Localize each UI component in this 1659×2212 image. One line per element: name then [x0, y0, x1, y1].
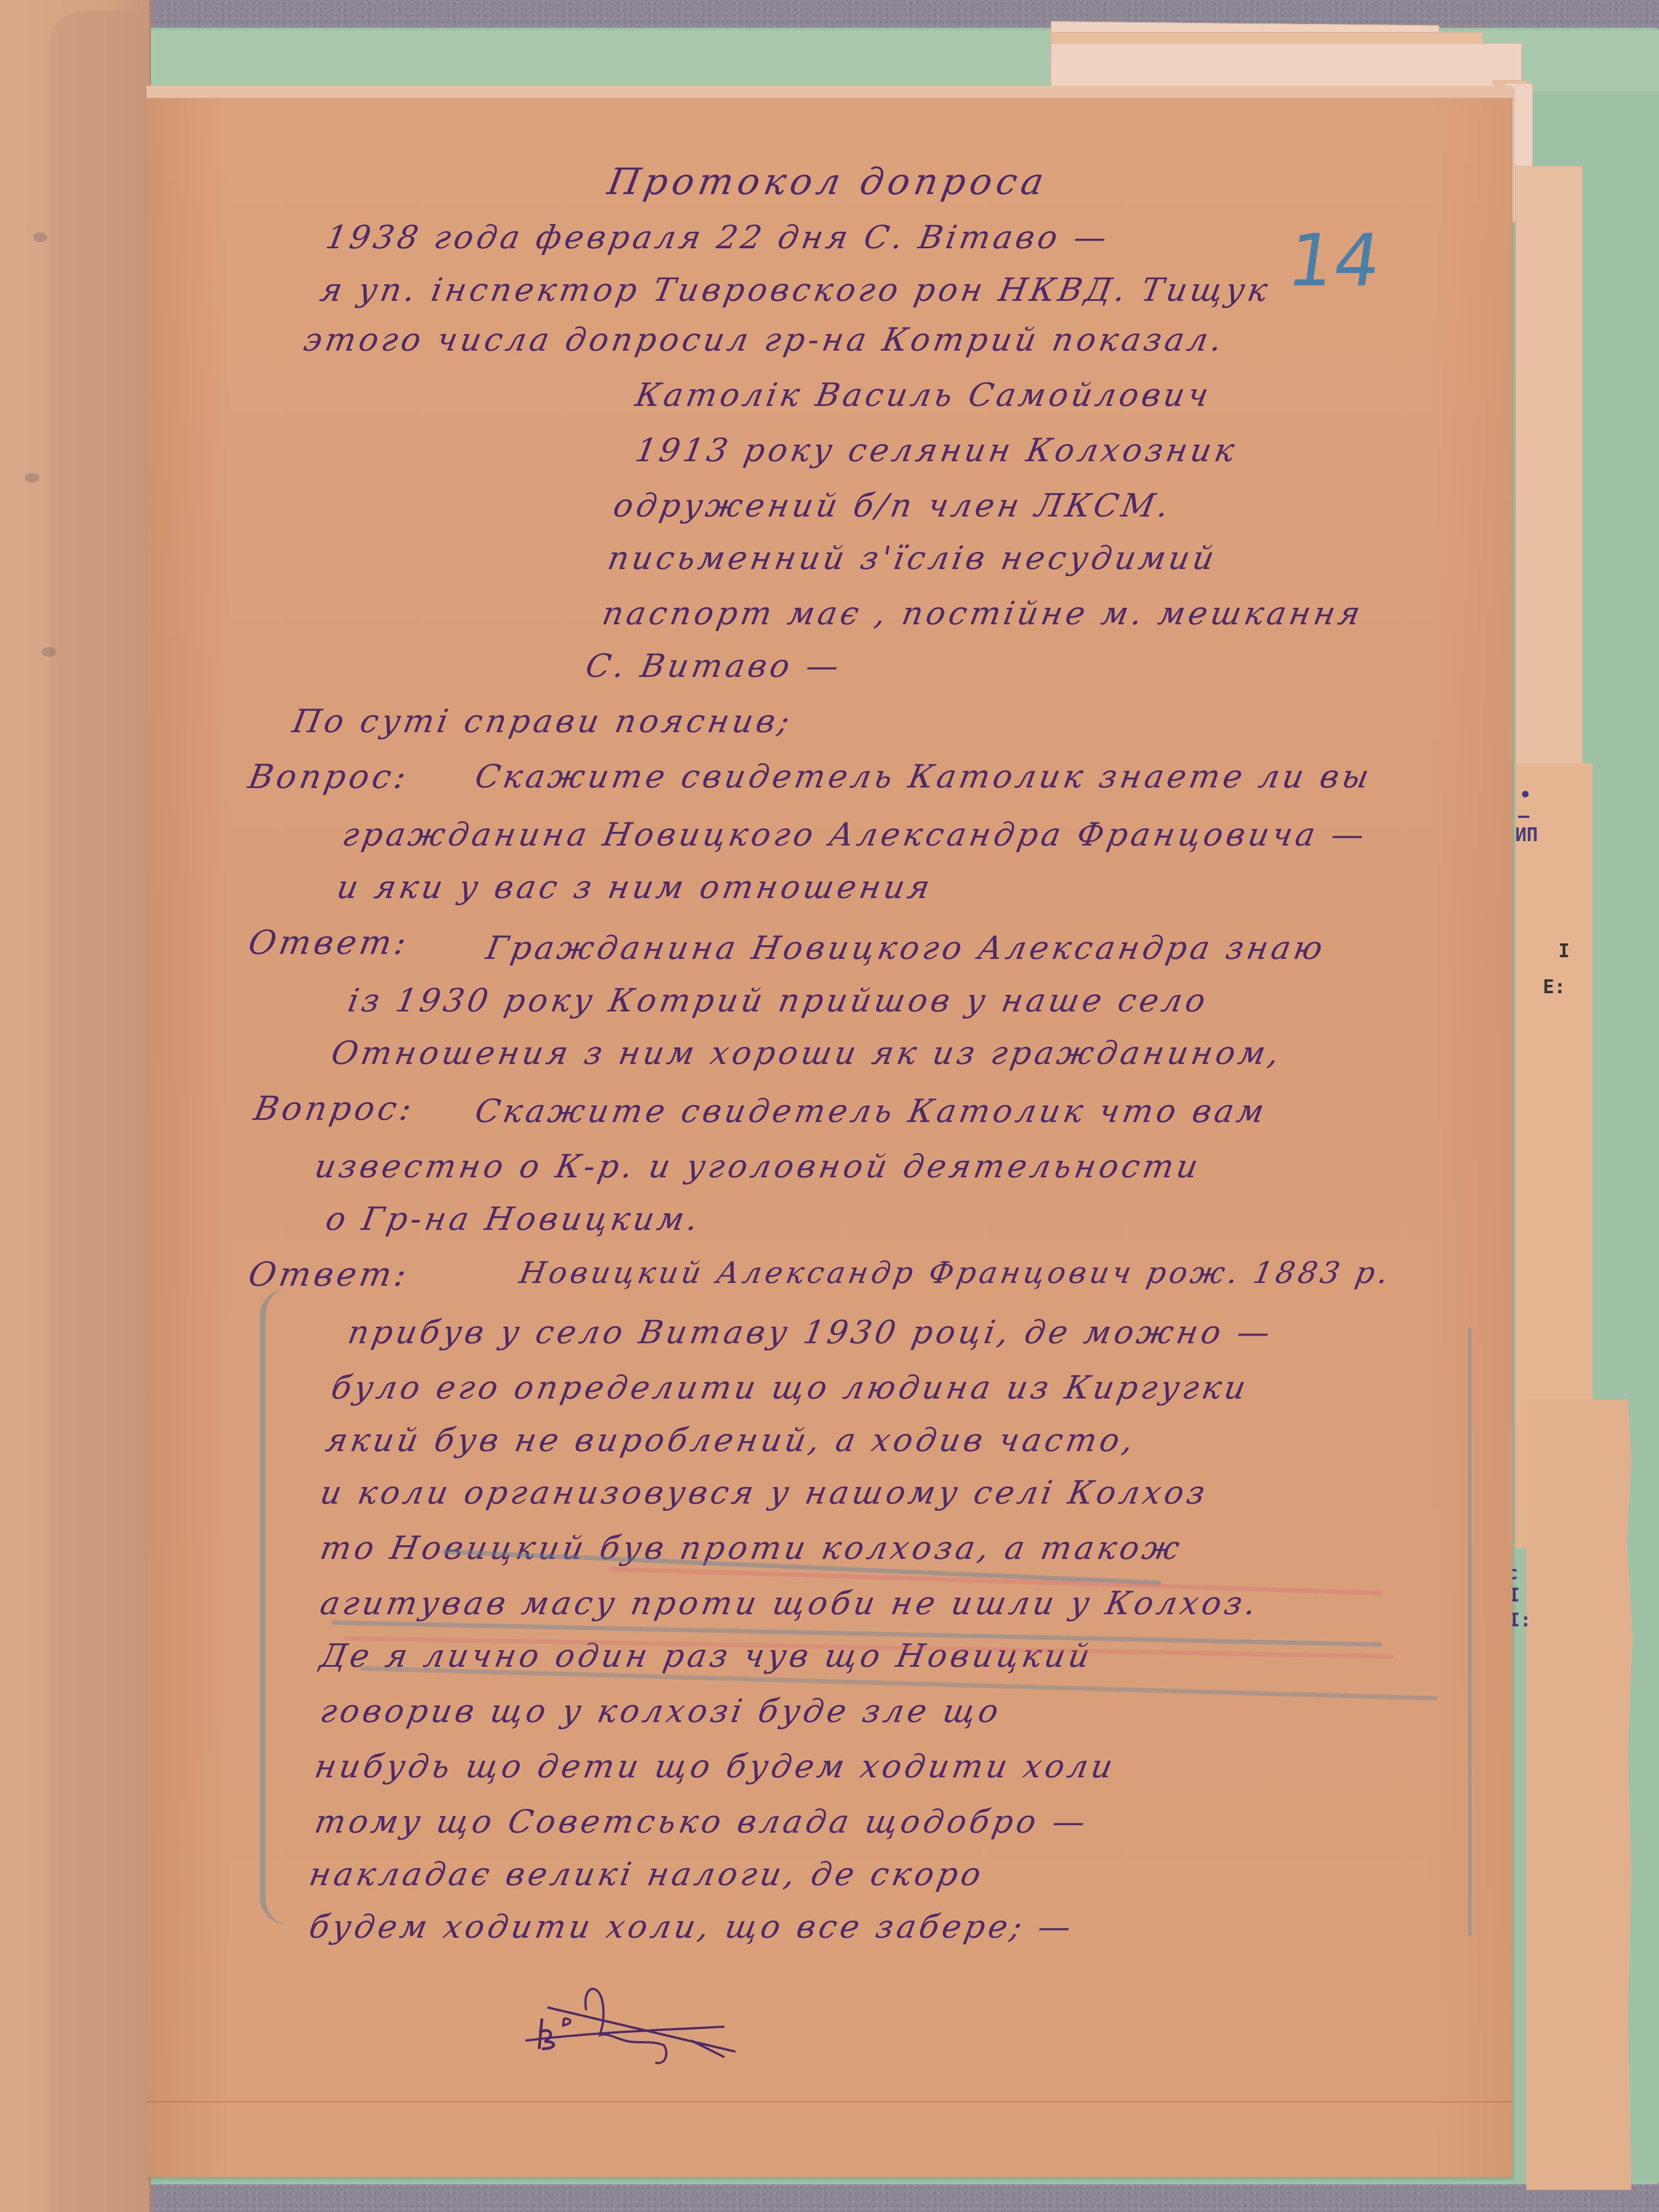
left-page-edge	[50, 11, 147, 2212]
answer-label: Ответ:	[246, 1255, 413, 1294]
witness-village: С. Витаво —	[583, 647, 845, 685]
typed-fragment: Е:	[1543, 976, 1566, 998]
question-line: о Гр-на Новицким.	[323, 1200, 704, 1238]
answer-line: нибудь що дети що будем ходити холи	[312, 1747, 1119, 1785]
typed-fragment: ИП	[1515, 824, 1538, 846]
question-line: и яки у вас з ним отношения	[334, 868, 936, 906]
answer-line: агитував масу проти щоби не ишли у Колхо…	[317, 1584, 1262, 1622]
header-line: я уп. інспектор Тивровского рон НКВД. Ти…	[317, 271, 1274, 309]
witness-detail: одружений б/п член ЛКСМ.	[611, 487, 1175, 524]
witness-detail: паспорт має , постійне м. мешкання	[599, 594, 1366, 632]
witness-name: Католік Василь Самойлович	[633, 376, 1214, 414]
sheet-fold-line	[147, 2101, 1512, 2103]
folio-number: 14	[1282, 218, 1386, 302]
witness-signature	[525, 1980, 802, 2068]
binding-hole	[25, 473, 39, 483]
witness-detail: 1913 року селянин Колхозник	[633, 431, 1240, 469]
answer-line: и коли организовувся у нашому селі Колхо…	[317, 1474, 1211, 1511]
blue-pencil-margin-line	[1468, 1327, 1472, 1936]
question-label: Вопрос:	[251, 1089, 418, 1128]
underlying-document-lower	[1526, 1399, 1637, 2190]
question-line: Скажите свидетель Католик знаете ли вы	[472, 758, 1375, 795]
question-label: Вопрос:	[246, 758, 413, 796]
answer-line: тому що Советсько влада щодобро —	[312, 1803, 1092, 1840]
answer-line: то Новицкий був проти колхоза, а також	[317, 1529, 1186, 1567]
answer-line: прибув у село Витаву 1930 році, де можно…	[345, 1313, 1276, 1351]
binding-hole	[41, 647, 56, 657]
binding-hole	[33, 232, 48, 242]
answer-line: будем ходити холи, що все забере; —	[306, 1908, 1077, 1945]
answer-line: Новицкий Александр Францович рож. 1883 р…	[517, 1255, 1394, 1290]
answer-line: Отношения з ним хороши як из гражданином…	[328, 1034, 1285, 1072]
header-line: этого числа допросил гр-на Котрий показа…	[301, 321, 1228, 358]
typed-fragment: •	[1520, 784, 1531, 806]
blue-pencil-margin-bracket	[260, 1288, 288, 1924]
witness-detail: письменний з'їслів несудимий	[605, 539, 1220, 577]
intro-line: По суті справи пояснив;	[290, 702, 796, 740]
typed-fragment: I	[1558, 940, 1569, 962]
question-line: Скажите свидетель Католик что вам	[472, 1092, 1270, 1130]
stacked-sheet	[1515, 166, 1583, 775]
answer-line: із 1930 року Котрий прийшов у наше село	[345, 982, 1212, 1019]
question-line: гражданина Новицкого Александра Францови…	[340, 816, 1370, 853]
answer-label: Ответ:	[246, 924, 413, 962]
document-title: Протокол допроса	[604, 160, 1051, 203]
answer-line: який був не вироблений, а ходив часто,	[323, 1421, 1139, 1459]
answer-line: Гражданина Новицкого Александра знаю	[483, 929, 1329, 967]
answer-line: говорив що у колхозі буде зле що	[317, 1692, 1005, 1730]
header-line: 1938 года февраля 22 дня С. Вітаво —	[323, 218, 1113, 256]
question-line: известно о К-р. и уголовной деятельности	[312, 1147, 1204, 1185]
answer-line: накладає великі налоги, де скоро	[306, 1855, 987, 1893]
typed-fragment: —	[1518, 805, 1529, 827]
answer-line: було его определити що людина из Киргугк…	[328, 1369, 1252, 1406]
